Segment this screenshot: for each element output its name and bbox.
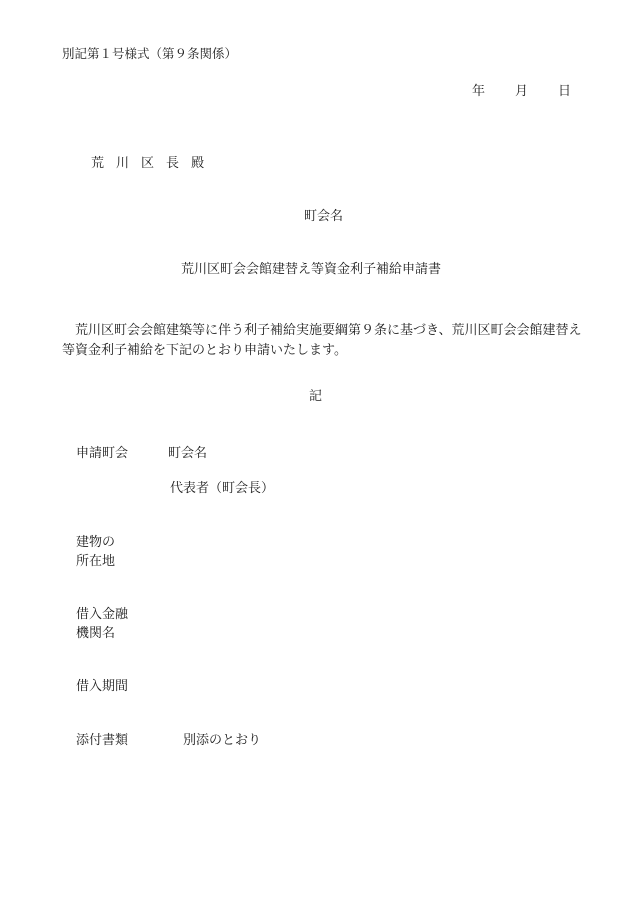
form-reference: 別記第１号様式（第９条関係） xyxy=(62,48,237,61)
addressee-char: 長 xyxy=(166,157,179,170)
body-paragraph: 荒川区町会会館建築等に伴う利子補給実施要綱第９条に基づき、荒川区町会会館建替え等… xyxy=(62,321,582,361)
year-label: 年 xyxy=(472,85,485,98)
addressee-char: 区 xyxy=(141,157,154,170)
month-label: 月 xyxy=(515,85,528,98)
day-label: 日 xyxy=(558,85,571,98)
attachments-value: 別添のとおり xyxy=(183,731,261,750)
ki-heading: 記 xyxy=(309,390,322,403)
applicant-town-label: 申請町会 xyxy=(76,444,128,463)
town-name-label: 町会名 xyxy=(168,444,207,463)
date-line: 年月日 xyxy=(472,85,571,98)
addressee-char: 川 xyxy=(116,157,129,170)
lending-institution-label-line2: 機関名 xyxy=(76,624,128,643)
building-location-label: 建物の 所在地 xyxy=(76,533,115,571)
building-location-label-line1: 建物の xyxy=(76,533,115,552)
building-location-label-line2: 所在地 xyxy=(76,552,115,571)
addressee-char: 荒 xyxy=(91,157,104,170)
addressee: 荒川区長殿 xyxy=(91,157,216,170)
loan-period-label: 借入期間 xyxy=(76,677,128,696)
representative-label: 代表者（町会長） xyxy=(170,479,274,498)
document-title: 荒川区町会会館建替え等資金利子補給申請書 xyxy=(181,263,441,276)
lending-institution-label-line1: 借入金融 xyxy=(76,605,128,624)
applicant-org-label: 町会名 xyxy=(304,210,343,223)
lending-institution-label: 借入金融 機関名 xyxy=(76,605,128,643)
addressee-char: 殿 xyxy=(191,157,204,170)
attachments-label: 添付書類 xyxy=(76,731,128,750)
